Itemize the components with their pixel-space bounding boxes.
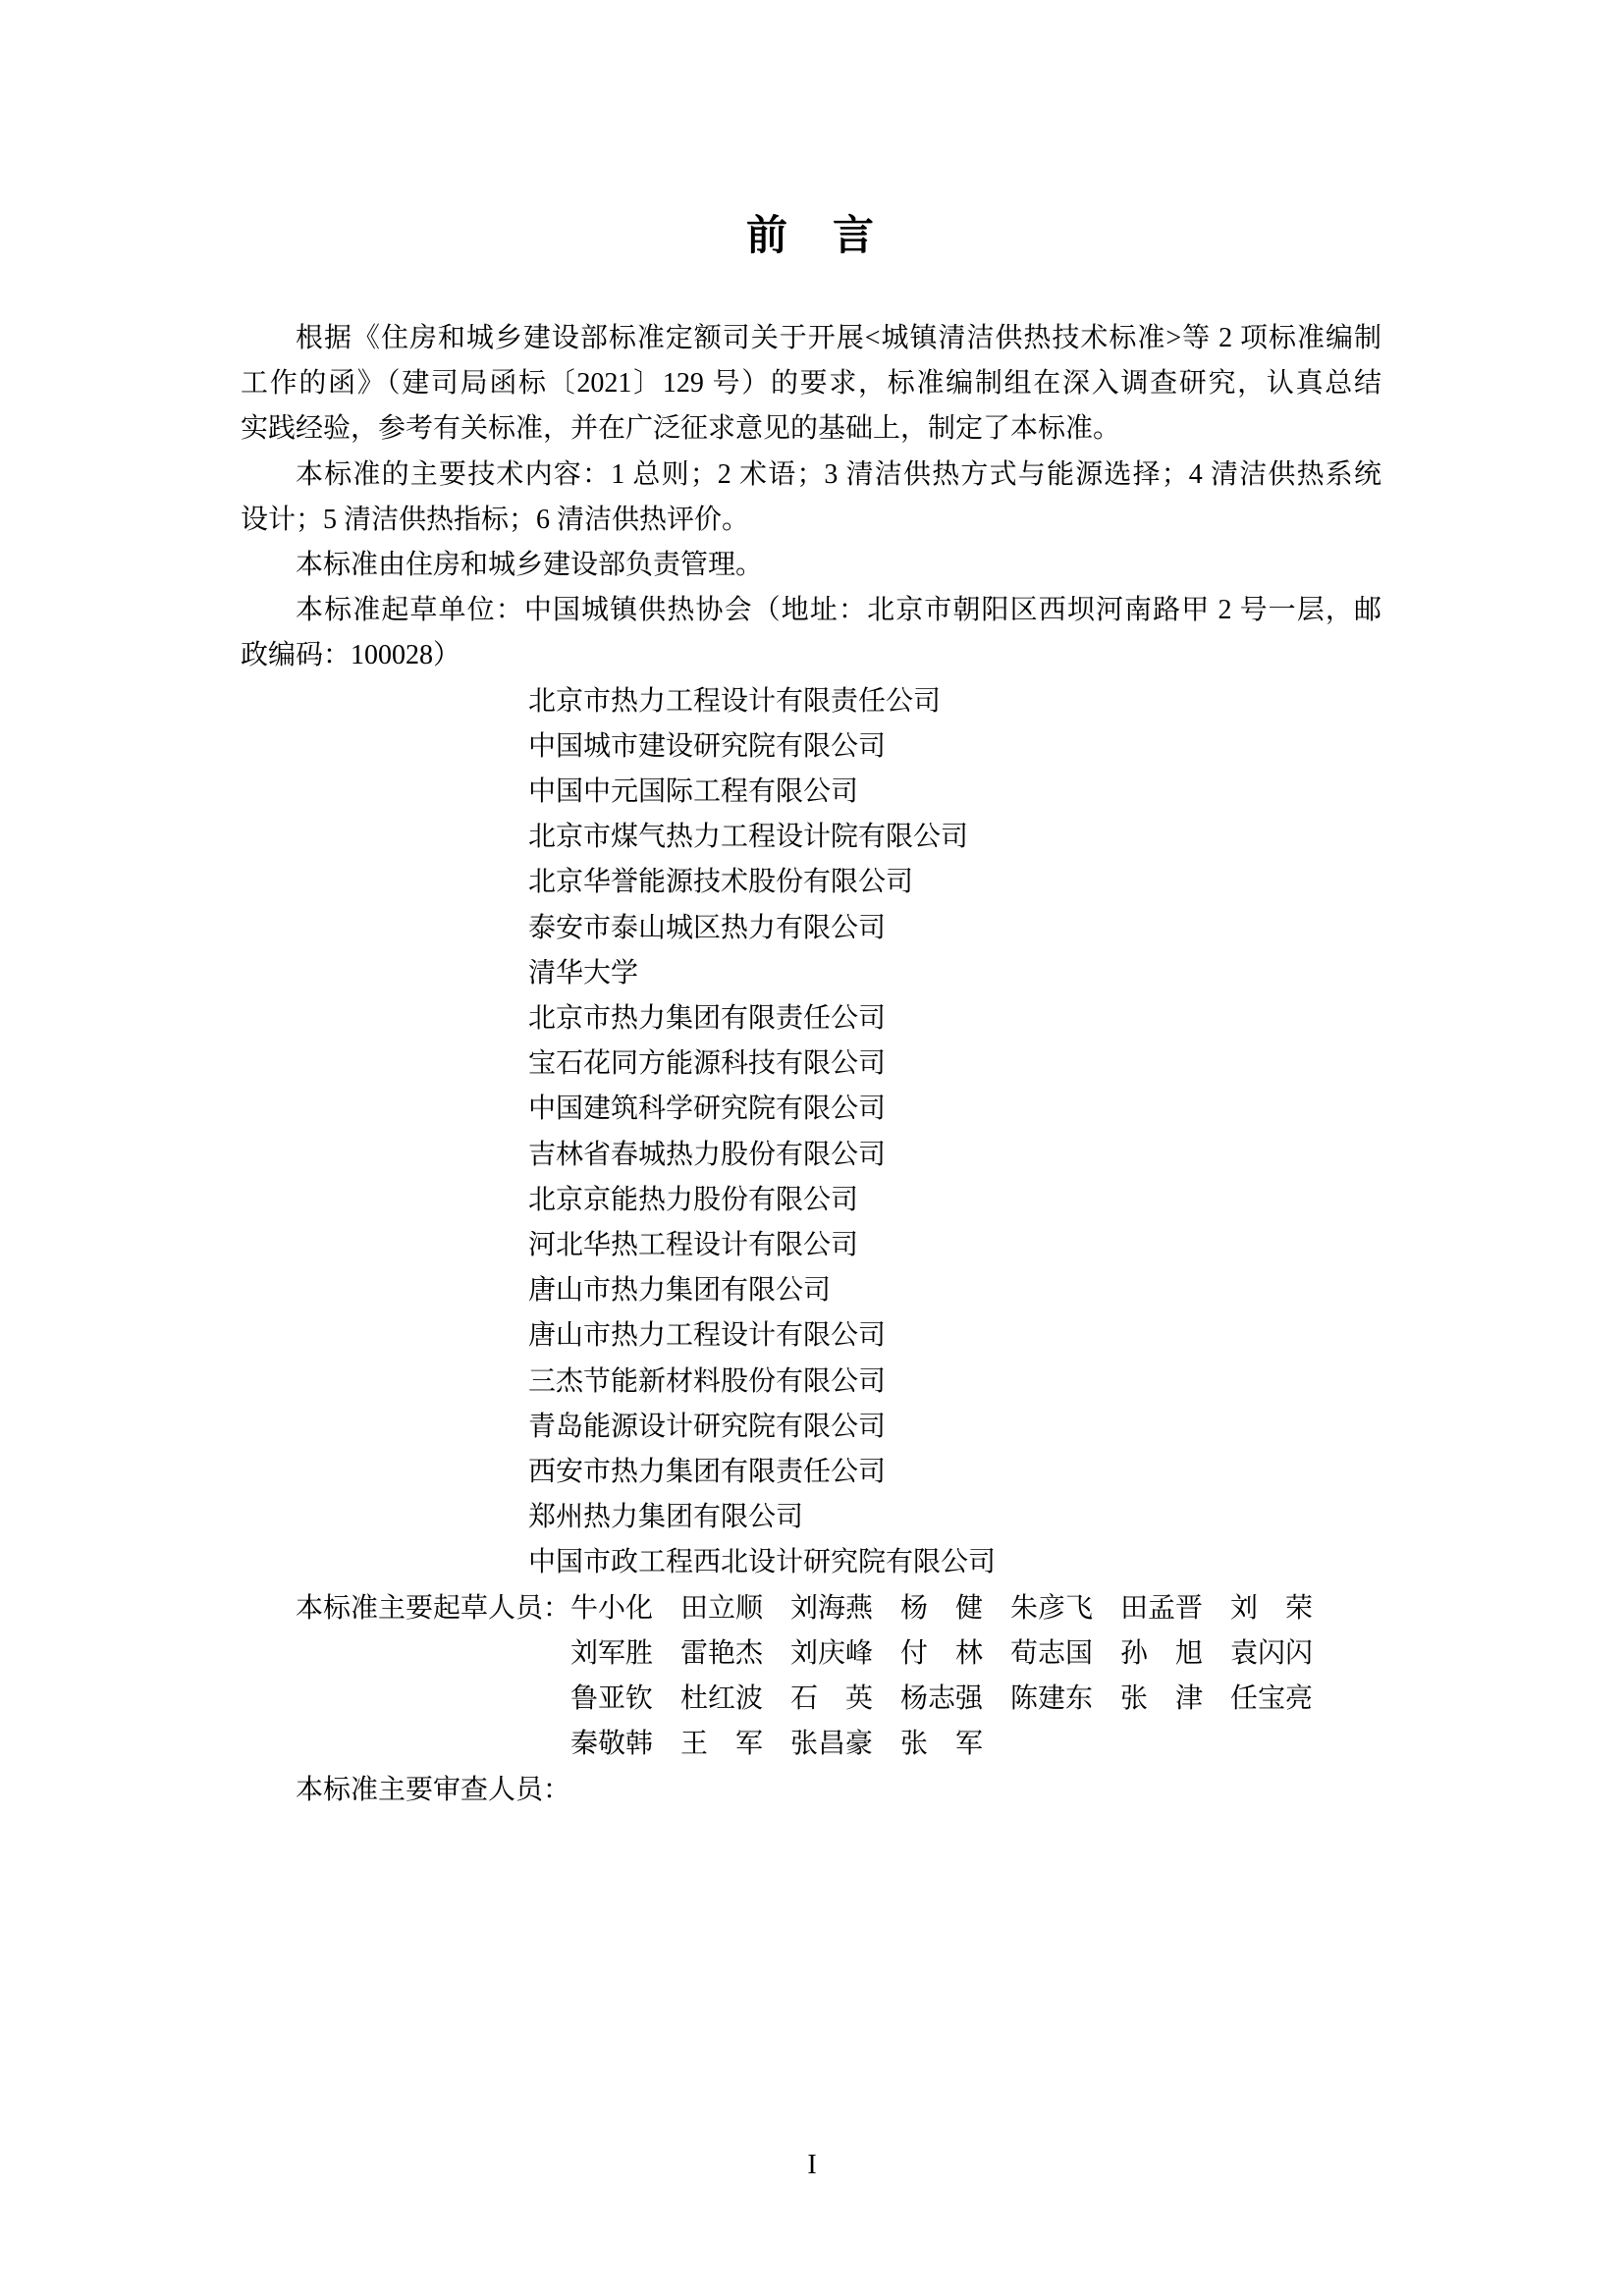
paragraph-drafting-org: 本标准起草单位：中国城镇供热协会（地址：北京市朝阳区西坝河南路甲 2 号一层，邮… xyxy=(241,588,1381,678)
drafting-unit-item: 郑州热力集团有限公司 xyxy=(528,1495,1381,1540)
drafting-unit-item: 北京市热力集团有限责任公司 xyxy=(528,996,1381,1041)
paragraph-contents: 本标准的主要技术内容：1 总则；2 术语；3 清洁供热方式与能源选择；4 清洁供… xyxy=(241,453,1381,543)
drafting-unit-item: 中国中元国际工程有限公司 xyxy=(528,770,1381,815)
drafting-unit-item: 北京华誉能源技术股份有限公司 xyxy=(528,860,1381,905)
drafting-unit-item: 吉林省春城热力股份有限公司 xyxy=(528,1133,1381,1178)
drafting-unit-item: 西安市热力集团有限责任公司 xyxy=(528,1450,1381,1495)
drafters-row: 牛小化 田立顺 刘海燕 杨 健 朱彦飞 田孟晋 刘 荣 xyxy=(570,1586,1381,1631)
paragraph-management: 本标准由住房和城乡建设部负责管理。 xyxy=(241,543,1381,588)
drafting-unit-item: 北京市热力工程设计有限责任公司 xyxy=(528,679,1381,724)
paragraph-line: 本标准由住房和城乡建设部负责管理。 xyxy=(241,543,1381,588)
drafters-section: 本标准主要起草人员： 牛小化 田立顺 刘海燕 杨 健 朱彦飞 田孟晋 刘 荣 刘… xyxy=(241,1586,1381,1768)
page-content: 前 言 根据《住房和城乡建设部标准定额司关于开展<城镇清洁供热技术标准>等 2 … xyxy=(241,214,1381,1813)
drafting-unit-item: 中国城市建设研究院有限公司 xyxy=(528,724,1381,770)
drafters-name-rows: 牛小化 田立顺 刘海燕 杨 健 朱彦飞 田孟晋 刘 荣 刘军胜 雷艳杰 刘庆峰 … xyxy=(570,1586,1381,1768)
drafting-unit-item: 宝石花同方能源科技有限公司 xyxy=(528,1041,1381,1087)
drafting-unit-item: 三杰节能新材料股份有限公司 xyxy=(528,1360,1381,1405)
drafting-unit-item: 北京京能热力股份有限公司 xyxy=(528,1178,1381,1223)
paragraph-line: 设计；5 清洁供热指标；6 清洁供热评价。 xyxy=(241,498,1381,543)
drafters-label: 本标准主要起草人员： xyxy=(241,1586,570,1631)
drafting-unit-item: 北京市煤气热力工程设计院有限公司 xyxy=(528,815,1381,860)
paragraph-line: 工作的函》（建司局函标〔2021〕129 号）的要求，标准编制组在深入调查研究，… xyxy=(241,361,1381,406)
drafters-row: 鲁亚钦 杜红波 石 英 杨志强 陈建东 张 津 任宝亮 xyxy=(570,1677,1381,1722)
drafting-unit-item: 唐山市热力工程设计有限公司 xyxy=(528,1313,1381,1359)
page-title: 前 言 xyxy=(241,214,1381,257)
drafting-unit-item: 泰安市泰山城区热力有限公司 xyxy=(528,906,1381,951)
paragraph-intro: 根据《住房和城乡建设部标准定额司关于开展<城镇清洁供热技术标准>等 2 项标准编… xyxy=(241,316,1381,453)
drafters-row: 秦敬韩 王 军 张昌豪 张 军 xyxy=(570,1722,1381,1767)
paragraph-line: 政编码：100028） xyxy=(241,633,1381,678)
paragraph-line: 实践经验，参考有关标准，并在广泛征求意见的基础上，制定了本标准。 xyxy=(241,406,1381,452)
reviewers-label: 本标准主要审查人员： xyxy=(241,1768,1381,1813)
drafting-unit-item: 青岛能源设计研究院有限公司 xyxy=(528,1405,1381,1450)
drafters-row: 刘军胜 雷艳杰 刘庆峰 付 林 荀志国 孙 旭 袁闪闪 xyxy=(570,1631,1381,1677)
drafting-unit-item: 清华大学 xyxy=(528,951,1381,996)
paragraph-line: 根据《住房和城乡建设部标准定额司关于开展<城镇清洁供热技术标准>等 2 项标准编… xyxy=(241,316,1381,361)
drafting-unit-item: 中国市政工程西北设计研究院有限公司 xyxy=(528,1540,1381,1585)
drafting-unit-item: 唐山市热力集团有限公司 xyxy=(528,1268,1381,1313)
page-number: I xyxy=(0,2148,1624,2183)
drafting-unit-item: 中国建筑科学研究院有限公司 xyxy=(528,1087,1381,1132)
paragraph-line: 本标准的主要技术内容：1 总则；2 术语；3 清洁供热方式与能源选择；4 清洁供… xyxy=(241,453,1381,498)
drafting-unit-item: 河北华热工程设计有限公司 xyxy=(528,1223,1381,1268)
document-page: 前 言 根据《住房和城乡建设部标准定额司关于开展<城镇清洁供热技术标准>等 2 … xyxy=(0,0,1624,2296)
paragraph-line: 本标准起草单位：中国城镇供热协会（地址：北京市朝阳区西坝河南路甲 2 号一层，邮 xyxy=(241,588,1381,633)
drafting-units-list: 北京市热力工程设计有限责任公司 中国城市建设研究院有限公司 中国中元国际工程有限… xyxy=(241,679,1381,1586)
